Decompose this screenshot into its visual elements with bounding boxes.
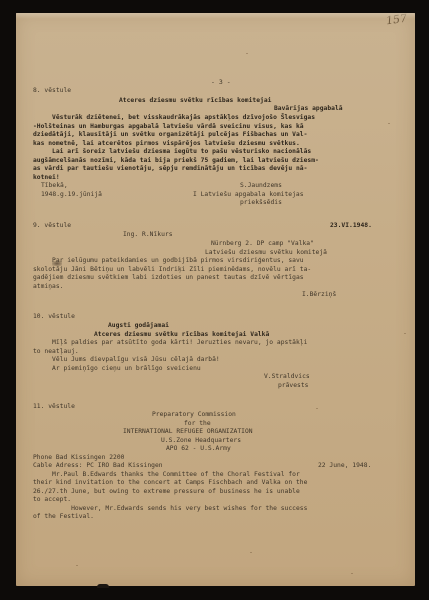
letter-8-region: Bavārijas apgabalā: [274, 105, 343, 114]
body-line: kotnei!: [33, 174, 60, 183]
page-number: - 3 -: [211, 78, 231, 87]
paper-speck: [76, 565, 78, 566]
body-line: However, Mr.Edwards sends his very best …: [33, 505, 307, 514]
body-line: Vēlu Jums dievpalīgu visā Jūsu cēlajā da…: [33, 356, 220, 365]
document-page: 157 - 3 - 8. vēstule Atceres dziesmu svē…: [16, 13, 415, 586]
body-line: Mīļš paldies par atsūtīto goda kārti! Je…: [33, 339, 307, 348]
letter-9-date: 23.VI.1948.: [330, 222, 372, 231]
letterhead-line: for the: [184, 420, 211, 429]
body-line: Ar piemiņīgo cieņu un brālīgo sveicienu: [33, 365, 201, 374]
letter-11-cable: Cable Adress: PC IRO Bad Kissingen: [33, 462, 163, 471]
paper-speck: [246, 53, 248, 54]
letter-8-date: 1948.g.19.jūnijā: [41, 191, 102, 200]
letter-8-signature-role: priekšsēdis: [240, 199, 282, 208]
body-line: skolotāju Jāni Bētiņu un labvēli Indriķi…: [33, 266, 311, 275]
letter-10-addressee: Atceres dziesmu svētku rīcības komitejai…: [94, 331, 269, 340]
paper-speck: [351, 573, 353, 574]
body-line: augšāmcelšanās nozīmi, kāda tai bija pri…: [33, 157, 319, 166]
letter-11-date: 22 June, 1948.: [318, 462, 371, 471]
body-line: gadējiem dziesmu svētkiem labi izdoties …: [33, 274, 304, 283]
letter-10-signature-title: prāvests: [278, 382, 309, 391]
letter-9-label: 9. vēstule: [33, 222, 71, 231]
letter-11-label: 11. vēstule: [33, 403, 75, 412]
body-line: Par ielūgumu pateikdamies un godbijībā p…: [33, 257, 304, 266]
body-line: kas nometnē, lai atcerētos pirmos vispār…: [33, 140, 300, 149]
body-line: dziedātāji, klausītāji un svētku organiz…: [33, 131, 307, 140]
letter-9-address-1: Nürnberg 2. DP camp "Valka": [211, 240, 314, 249]
body-line: -Holšteinas un Hamburgas apgabalā latvie…: [33, 123, 304, 132]
letter-8-signature: S.Jaundzems: [240, 182, 282, 191]
letter-8-signature-title: I Latviešu apgabala komitejas: [193, 191, 304, 200]
body-line: to neatļauj.: [33, 348, 79, 357]
body-line: atmiņas.: [33, 283, 64, 292]
letter-10-label: 10. vēstule: [33, 313, 75, 322]
paper-speck: [316, 408, 318, 409]
paper-speck: [404, 333, 406, 334]
letter-8-place: Tībekā,: [41, 182, 68, 191]
letter-9-sender: Ing. R.Nīkurs: [123, 231, 173, 240]
letter-8-label: 8. vēstule: [33, 87, 71, 96]
paper-speck: [250, 552, 252, 553]
binder-tab: [97, 584, 109, 588]
letterhead-line: APO 62 - U.S.Army: [166, 445, 231, 454]
letterhead-line: U.S.Zone Headquarters: [161, 437, 241, 446]
letter-9-signature: I.Bērziņš: [302, 291, 336, 300]
body-line: Lai arī šoreiz latviešu dziesma iegūtu t…: [33, 148, 311, 157]
body-line: their kind invitation to the concert at …: [33, 479, 307, 488]
body-line: Mr.Paul B.Edwards thanks the Committee o…: [33, 471, 300, 480]
body-line: 26./27.th June, but owing to extreme pre…: [33, 488, 300, 497]
letter-10-greeting: Augsti godājamai: [108, 322, 169, 331]
body-line: to accept.: [33, 496, 71, 505]
body-line: Vēsturāk dziētenei, bet visskaudrākajās …: [33, 114, 315, 123]
letterhead-line: INTERNATIONAL REFUGEE ORGANIZATION: [123, 428, 253, 437]
body-line: as vārdi par tautiešu vienotāju, sēpju r…: [33, 165, 307, 174]
letter-11-phone: Phone Bad Kissingen 2200: [33, 454, 124, 463]
letter-8-addressee: Atceres dziesmu svētku rīcības komitejai: [119, 97, 271, 106]
letter-9-address-2: Latviešu dziesmu svētku komitejā: [205, 249, 327, 258]
body-line: of the Festival.: [33, 513, 94, 522]
letter-10-signature: V.Straldvics: [264, 373, 310, 382]
paper-speck: [388, 123, 390, 124]
handwritten-folio-number: 157: [385, 12, 408, 28]
letterhead-line: Preparatory Commission: [152, 411, 236, 420]
